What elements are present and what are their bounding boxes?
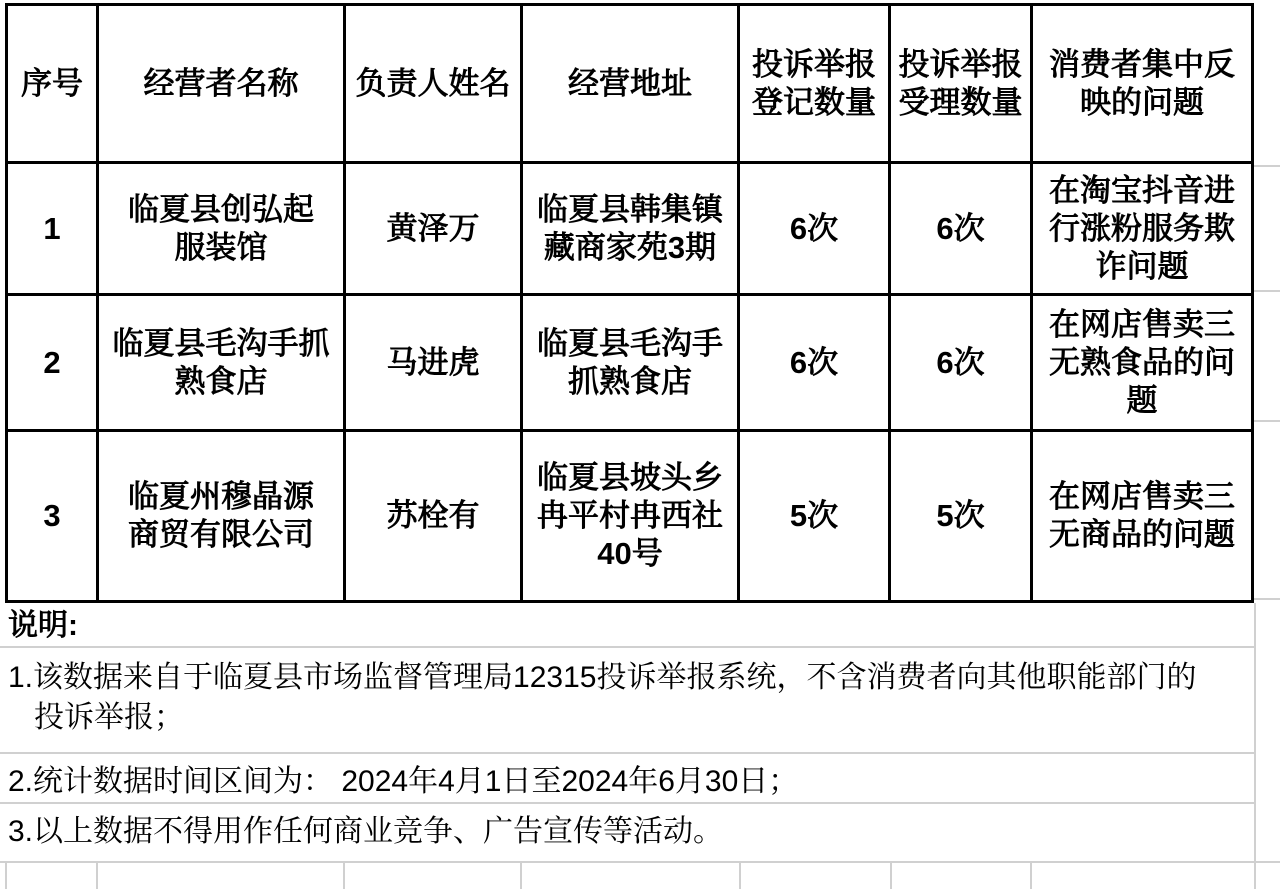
spreadsheet-page: 序号 经营者名称 负责人姓名 经营地址 投诉举报 登记数量 投诉举报 受理数量 …	[0, 0, 1280, 889]
cell-seq: 3	[8, 432, 99, 600]
gridline	[1254, 165, 1280, 167]
cell-accepted-count: 6次	[891, 296, 1033, 432]
header-registered-count: 投诉举报 登记数量	[740, 6, 891, 164]
cell-person-name: 苏栓有	[346, 432, 523, 600]
cell-seq: 1	[8, 164, 99, 296]
gridline	[0, 646, 1254, 648]
gridline	[0, 802, 1254, 804]
gridline	[520, 861, 522, 889]
cell-consumer-issues: 在淘宝抖音进 行涨粉服务欺 诈问题	[1033, 164, 1251, 296]
note-item-2: 2.统计数据时间区间为： 2024年4月1日至2024年6月30日；	[8, 762, 1250, 802]
header-accepted-count: 投诉举报 受理数量	[891, 6, 1033, 164]
header-person-name: 负责人姓名	[346, 6, 523, 164]
cell-person-name: 马进虎	[346, 296, 523, 432]
cell-registered-count: 6次	[740, 296, 891, 432]
cell-address: 临夏县韩集镇 藏商家苑3期	[523, 164, 740, 296]
note-item-1: 1.该数据来自于临夏县市场监督管理局12315投诉举报系统，不含消费者向其他职能…	[8, 658, 1250, 738]
gridline	[1030, 861, 1032, 889]
gridline	[739, 861, 741, 889]
gridline	[1254, 598, 1280, 600]
cell-address: 临夏县毛沟手 抓熟食店	[523, 296, 740, 432]
cell-address: 临夏县坡头乡 冉平村冉西社 40号	[523, 432, 740, 600]
cell-consumer-issues: 在网店售卖三 无商品的问题	[1033, 432, 1251, 600]
cell-operator-name: 临夏县创弘起 服装馆	[99, 164, 346, 296]
cell-accepted-count: 5次	[891, 432, 1033, 600]
header-address: 经营地址	[523, 6, 740, 164]
cell-person-name: 黄泽万	[346, 164, 523, 296]
cell-consumer-issues: 在网店售卖三 无熟食品的问 题	[1033, 296, 1251, 432]
gridline	[1254, 603, 1256, 889]
gridline	[343, 861, 345, 889]
notes-title: 说明:	[8, 606, 78, 646]
cell-operator-name: 临夏县毛沟手抓 熟食店	[99, 296, 346, 432]
header-operator-name: 经营者名称	[99, 6, 346, 164]
gridline	[890, 861, 892, 889]
note-item-3: 3.以上数据不得用作任何商业竞争、广告宣传等活动。	[8, 812, 1250, 852]
cell-registered-count: 6次	[740, 164, 891, 296]
gridline	[1254, 420, 1280, 422]
cell-registered-count: 5次	[740, 432, 891, 600]
gridline	[5, 861, 7, 889]
gridline	[96, 861, 98, 889]
gridline	[0, 752, 1254, 754]
gridline	[1254, 290, 1280, 292]
cell-accepted-count: 6次	[891, 164, 1033, 296]
header-consumer-issues: 消费者集中反 映的问题	[1033, 6, 1251, 164]
header-seq: 序号	[8, 6, 99, 164]
cell-seq: 2	[8, 296, 99, 432]
gridline	[0, 861, 1280, 863]
complaint-table: 序号 经营者名称 负责人姓名 经营地址 投诉举报 登记数量 投诉举报 受理数量 …	[5, 3, 1254, 603]
cell-operator-name: 临夏州穆晶源 商贸有限公司	[99, 432, 346, 600]
